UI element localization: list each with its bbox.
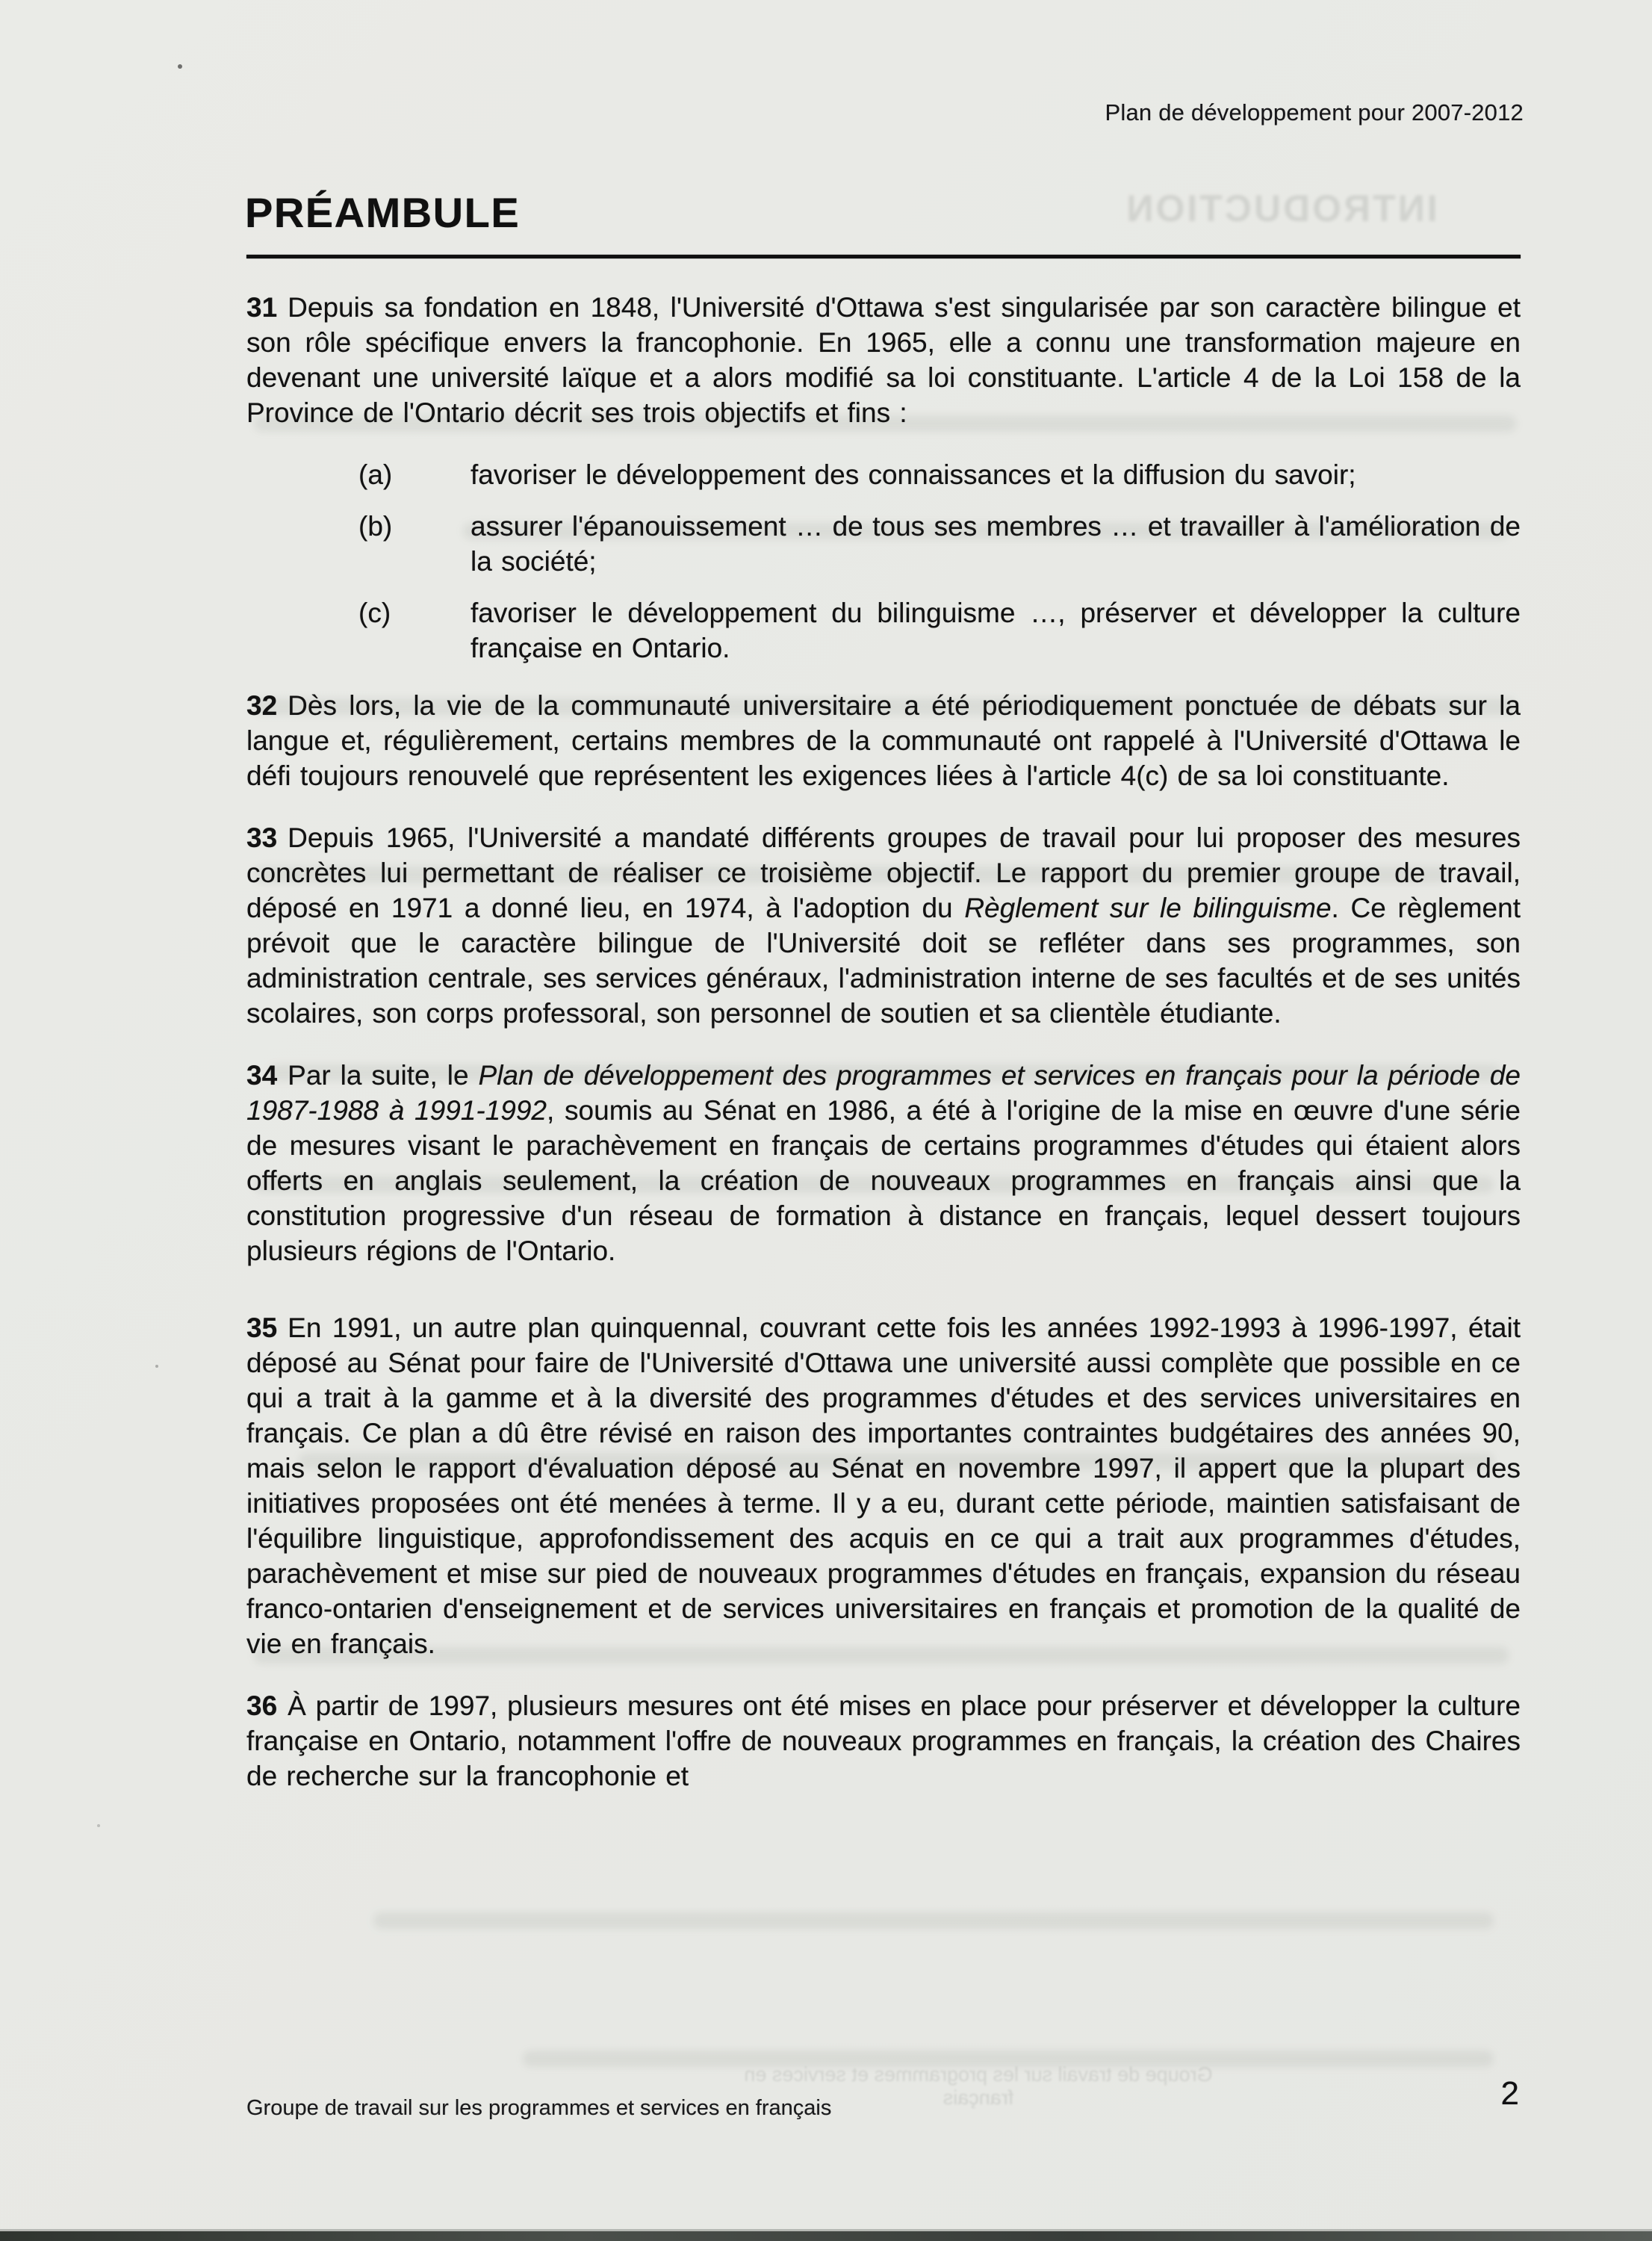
list-item-label: (b) (358, 509, 471, 579)
page-title: PRÉAMBULE (245, 188, 520, 237)
paragraph-number: 31 (246, 292, 277, 323)
scanned-document-page: INTRODUCTION Groupe de travail sur les p… (0, 0, 1652, 2241)
paragraph-text: Depuis 1965, l'Université a mandaté diff… (246, 822, 1521, 1029)
scan-speck (178, 64, 182, 69)
paragraph-number: 36 (246, 1690, 277, 1721)
paragraph-number: 33 (246, 822, 277, 853)
list-item-a: (a) favoriser le développement des conna… (246, 457, 1521, 492)
list-item-b: (b) assurer l'épanouissement … de tous s… (246, 509, 1521, 579)
list-item-label: (c) (358, 595, 471, 666)
paragraph-text: En 1991, un autre plan quinquennal, couv… (246, 1312, 1521, 1659)
bleedthrough-smudge (373, 1912, 1494, 1929)
running-header: Plan de développement pour 2007-2012 (1105, 99, 1524, 126)
paragraph-text: Par la suite, le Plan de développement d… (246, 1060, 1521, 1266)
bleedthrough-smudge (523, 2051, 1494, 2067)
scan-speck (97, 1824, 100, 1827)
paragraph-32: 32Dès lors, la vie de la communauté univ… (246, 688, 1521, 793)
list-item-text: favoriser le développement des connaissa… (471, 457, 1521, 492)
paragraph-33: 33Depuis 1965, l'Université a mandaté di… (246, 820, 1521, 1031)
paragraph-31: 31Depuis sa fondation en 1848, l'Univers… (246, 290, 1521, 430)
paragraph-number: 35 (246, 1312, 277, 1343)
paragraph-number: 32 (246, 690, 277, 721)
list-item-text: assurer l'épanouissement … de tous ses m… (471, 509, 1521, 579)
list-item-c: (c) favoriser le développement du biling… (246, 595, 1521, 666)
paragraph-text: À partir de 1997, plusieurs mesures ont … (246, 1690, 1521, 1791)
document-body: 31Depuis sa fondation en 1848, l'Univers… (246, 290, 1521, 1820)
bleedthrough-introduction-text: INTRODUCTION (1061, 187, 1501, 230)
page-number: 2 (1501, 2075, 1519, 2113)
footer-working-group-label: Groupe de travail sur les programmes et … (246, 2096, 831, 2121)
paragraph-number: 34 (246, 1060, 277, 1091)
list-item-label: (a) (358, 457, 471, 492)
paragraph-36: 36À partir de 1997, plusieurs mesures on… (246, 1688, 1521, 1794)
paragraph-35: 35En 1991, un autre plan quinquennal, co… (246, 1310, 1521, 1661)
paragraph-34: 34Par la suite, le Plan de développement… (246, 1058, 1521, 1268)
paragraph-text: Dès lors, la vie de la communauté univer… (246, 690, 1521, 791)
title-rule (246, 255, 1521, 258)
paragraph-text: Depuis sa fondation en 1848, l'Universit… (246, 292, 1521, 428)
scan-speck (155, 1365, 158, 1368)
list-item-text: favoriser le développement du bilinguism… (471, 595, 1521, 666)
scanner-edge-strip (0, 2231, 1652, 2241)
objectives-list: (a) favoriser le développement des conna… (246, 457, 1521, 666)
